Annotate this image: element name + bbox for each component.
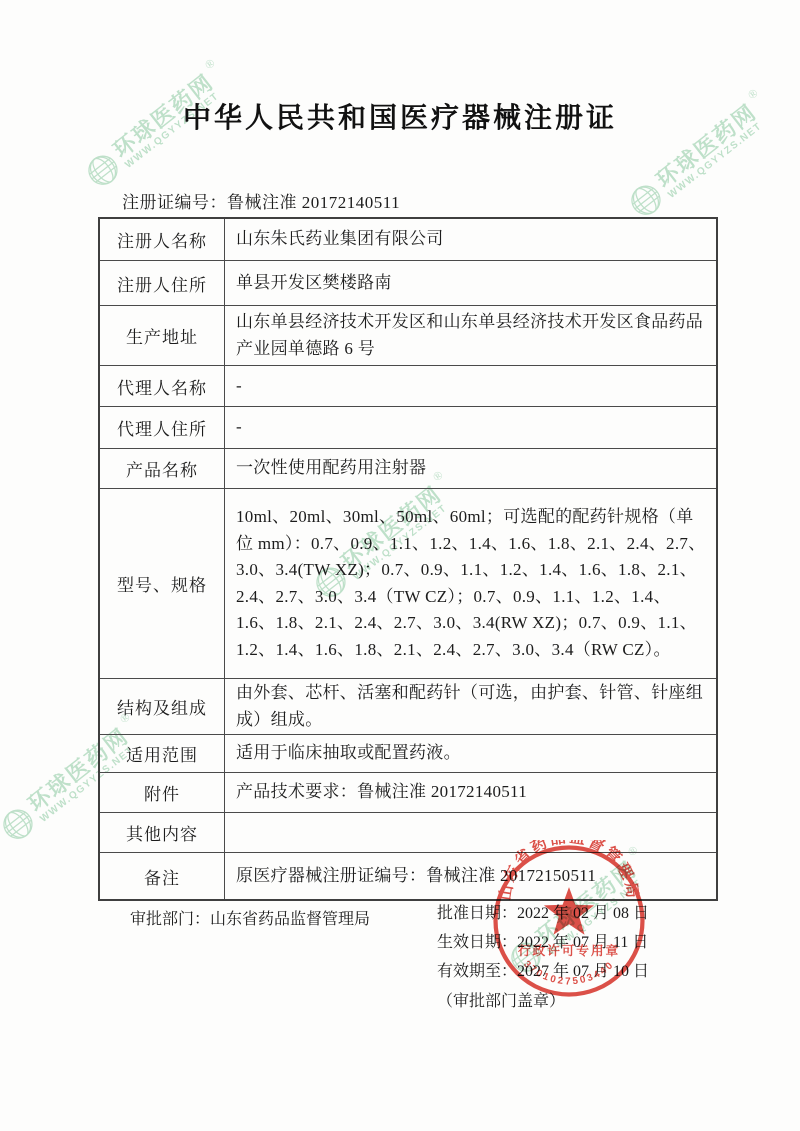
row-value: 产品技术要求：鲁械注准 20172140511 — [225, 773, 716, 812]
certificate-number-value: 鲁械注准 20172140511 — [227, 193, 400, 212]
approval-date-label: 批准日期： — [437, 905, 517, 922]
certificate-number-line: 注册证编号：鲁械注准 20172140511 — [122, 188, 400, 213]
approval-department-line: 审批部门：山东省药品监督管理局 — [130, 906, 370, 929]
globe-icon — [0, 800, 42, 848]
row-label: 附件 — [100, 773, 225, 812]
approval-department-value: 山东省药品监督管理局 — [210, 911, 370, 928]
row-value: 适用于临床抽取或配置药液。 — [225, 735, 716, 772]
document-title: 中华人民共和国医疗器械注册证 — [0, 96, 800, 136]
certificate-number-label: 注册证编号： — [122, 193, 227, 212]
row-value: 一次性使用配药用注射器 — [225, 449, 716, 488]
row-label: 代理人住所 — [100, 407, 225, 448]
effective-date-value: 2022 年 07 月 11 日 — [517, 934, 648, 951]
row-value: 山东朱氏药业集团有限公司 — [225, 219, 716, 260]
row-value: 原医疗器械注册证编号：鲁械注准 20172150511 — [225, 853, 716, 899]
table-row: 适用范围 适用于临床抽取或配置药液。 — [100, 734, 716, 772]
row-label: 结构及组成 — [100, 679, 225, 734]
row-value: - — [225, 366, 716, 406]
row-label: 代理人名称 — [100, 366, 225, 406]
approval-date-line: 批准日期：2022 年 02 月 08 日 — [437, 899, 649, 928]
row-value — [225, 813, 716, 852]
row-label: 型号、规格 — [100, 489, 225, 678]
expiry-date-label: 有效期至： — [437, 963, 517, 980]
expiry-date-value: 2027 年 07 月 10 日 — [517, 963, 649, 980]
effective-date-label: 生效日期： — [437, 934, 517, 951]
registered-mark-icon: ® — [202, 56, 218, 73]
table-row: 其他内容 — [100, 812, 716, 852]
table-row: 型号、规格 10ml、20ml、30ml、50ml、60ml；可选配的配药针规格… — [100, 488, 716, 678]
row-label: 注册人名称 — [100, 219, 225, 260]
dates-block: 批准日期：2022 年 02 月 08 日 生效日期：2022 年 07 月 1… — [437, 899, 649, 1016]
table-row: 附件 产品技术要求：鲁械注准 20172140511 — [100, 772, 716, 812]
table-row: 代理人住所 - — [100, 406, 716, 448]
row-value: 10ml、20ml、30ml、50ml、60ml；可选配的配药针规格（单位 mm… — [225, 489, 716, 678]
effective-date-line: 生效日期：2022 年 07 月 11 日 — [437, 928, 649, 957]
row-value: - — [225, 407, 716, 448]
row-value: 单县开发区樊楼路南 — [225, 261, 716, 305]
certificate-table: 注册人名称 山东朱氏药业集团有限公司 注册人住所 单县开发区樊楼路南 生产地址 … — [98, 217, 718, 901]
expiry-date-line: 有效期至：2027 年 07 月 10 日 — [437, 957, 649, 986]
row-label: 备注 — [100, 853, 225, 899]
row-label: 注册人住所 — [100, 261, 225, 305]
row-label: 其他内容 — [100, 813, 225, 852]
globe-icon — [79, 146, 127, 194]
seal-note: （审批部门盖章） — [437, 987, 649, 1016]
table-row: 结构及组成 由外套、芯杆、活塞和配药针（可选，由护套、针管、针座组成）组成。 — [100, 678, 716, 734]
table-row: 产品名称 一次性使用配药用注射器 — [100, 448, 716, 488]
approval-date-value: 2022 年 02 月 08 日 — [517, 905, 649, 922]
approval-department-label: 审批部门： — [130, 911, 210, 928]
row-label: 产品名称 — [100, 449, 225, 488]
row-value: 由外套、芯杆、活塞和配药针（可选，由护套、针管、针座组成）组成。 — [225, 679, 716, 734]
table-row: 代理人名称 - — [100, 365, 716, 406]
table-row: 注册人住所 单县开发区樊楼路南 — [100, 260, 716, 305]
table-row: 生产地址 山东单县经济技术开发区和山东单县经济技术开发区食品药品产业园单德路 6… — [100, 305, 716, 365]
table-row: 注册人名称 山东朱氏药业集团有限公司 — [100, 219, 716, 260]
row-value: 山东单县经济技术开发区和山东单县经济技术开发区食品药品产业园单德路 6 号 — [225, 306, 716, 365]
row-label: 生产地址 — [100, 306, 225, 365]
row-label: 适用范围 — [100, 735, 225, 772]
table-row: 备注 原医疗器械注册证编号：鲁械注准 20172150511 — [100, 852, 716, 899]
